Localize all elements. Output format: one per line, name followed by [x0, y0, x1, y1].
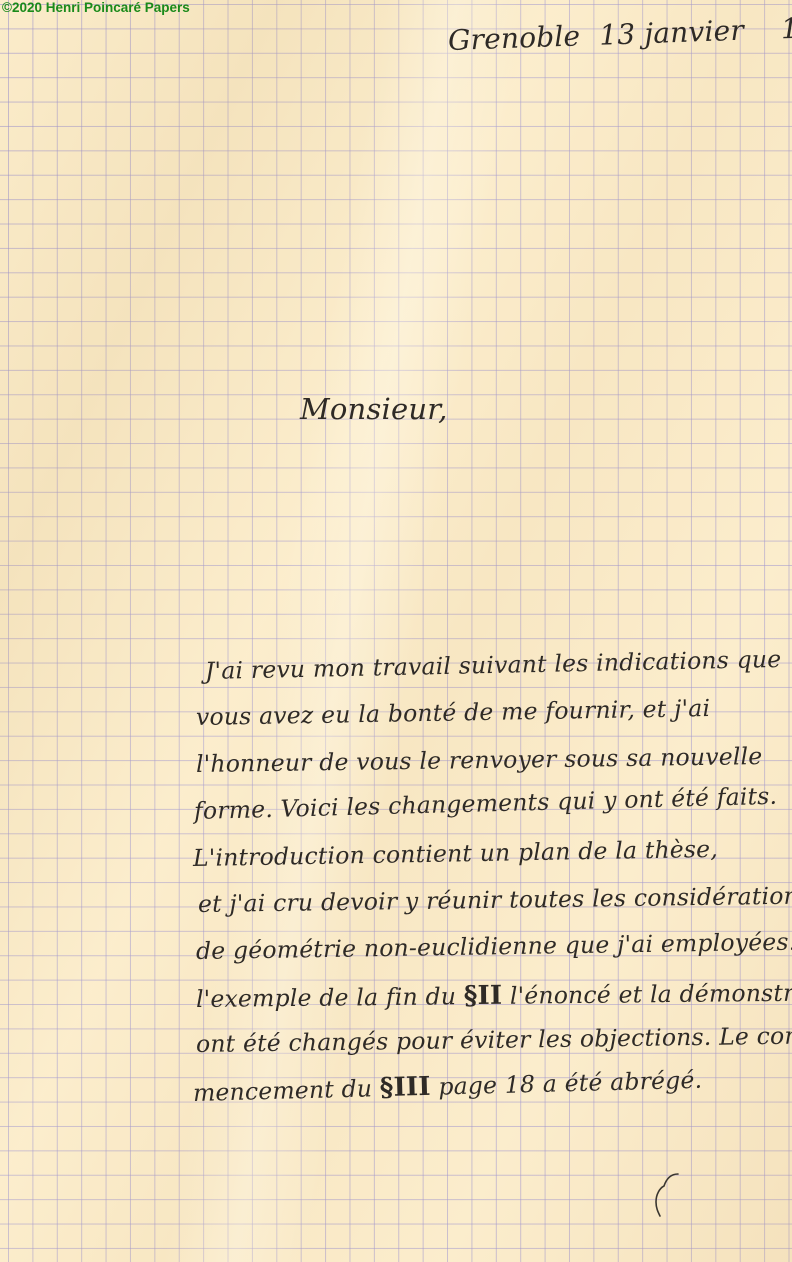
dateline-place: Grenoble	[447, 19, 580, 57]
body-line-text: page 18 a été abrégé.	[430, 1066, 702, 1101]
body-line: l'exemple de la fin du §II l'énoncé et l…	[196, 977, 792, 1014]
dateline-day-month: 13 janvier	[599, 14, 745, 52]
trailing-pen-mark	[652, 1172, 682, 1220]
copyright-watermark: ©2020 Henri Poincaré Papers	[2, 0, 190, 16]
section-reference: §III	[379, 1072, 431, 1103]
body-line-text: l'exemple de la fin du	[196, 982, 464, 1013]
section-reference: §II	[464, 981, 503, 1011]
body-line-text: mencement du	[193, 1074, 381, 1107]
salutation: Monsieur,	[300, 392, 448, 426]
dateline-year: 1888.	[780, 10, 792, 46]
body-line-text: l'énoncé et la démonstration	[502, 978, 792, 1010]
